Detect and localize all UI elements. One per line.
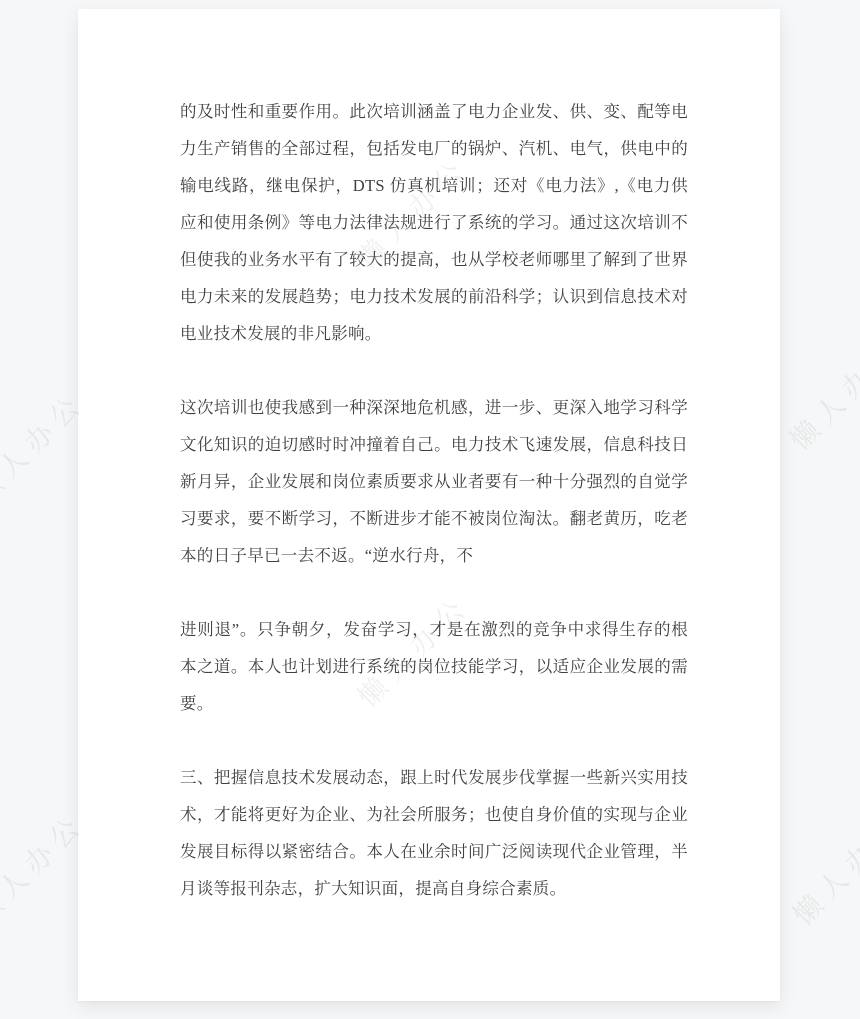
document-content: 的及时性和重要作用。此次培训涵盖了电力企业发、供、变、配等电 力生产销售的全部过…: [78, 9, 780, 907]
text-line: 三、把握信息技术发展动态，跟上时代发展步伐掌握一些新兴实用技: [180, 759, 688, 796]
text-line: 力生产销售的全部过程，包括发电厂的锅炉、汽机、电气，供电中的: [180, 130, 688, 167]
text-line: 输电线路，继电保护，DTS 仿真机培训；还对《电力法》,《电力供: [180, 167, 688, 204]
paragraph-4: 三、把握信息技术发展动态，跟上时代发展步伐掌握一些新兴实用技 术，才能将更好为企…: [180, 759, 688, 907]
paragraph-1: 的及时性和重要作用。此次培训涵盖了电力企业发、供、变、配等电 力生产销售的全部过…: [180, 93, 688, 352]
text-line: 要。: [180, 685, 688, 722]
text-line: 应和使用条例》等电力法律法规进行了系统的学习。通过这次培训不: [180, 204, 688, 241]
text-line: 习要求，要不断学习，不断进步才能不被岗位淘汰。翻老黄历，吃老: [180, 500, 688, 537]
watermark: 懒人办公: [780, 328, 860, 458]
page-background: { "colors": { "canvas_background": "#f6f…: [0, 0, 860, 1019]
text-line: 文化知识的迫切感时时冲撞着自己。电力技术飞速发展，信息科技日: [180, 426, 688, 463]
paragraph-3: 进则退”。只争朝夕，发奋学习，才是在激烈的竞争中求得生存的根 本之道。本人也计划…: [180, 611, 688, 722]
text-line: 电业技术发展的非凡影响。: [180, 315, 688, 352]
text-line: 月谈等报刊杂志，扩大知识面，提高自身综合素质。: [180, 870, 688, 907]
paragraph-2: 这次培训也使我感到一种深深地危机感，进一步、更深入地学习科学 文化知识的迫切感时…: [180, 389, 688, 574]
text-line: 但使我的业务水平有了较大的提高，也从学校老师哪里了解到了世界: [180, 241, 688, 278]
text-line: 术，才能将更好为企业、为社会所服务；也使自身价值的实现与企业: [180, 796, 688, 833]
text-line: 新月异，企业发展和岗位素质要求从业者要有一种十分强烈的自觉学: [180, 463, 688, 500]
document-page: 的及时性和重要作用。此次培训涵盖了电力企业发、供、变、配等电 力生产销售的全部过…: [78, 9, 780, 1001]
text-line: 的及时性和重要作用。此次培训涵盖了电力企业发、供、变、配等电: [180, 93, 688, 130]
text-line: 发展目标得以紧密结合。本人在业余时间广泛阅读现代企业管理，半: [180, 833, 688, 870]
text-line: 本的日子早已一去不返。“逆水行舟，不: [180, 537, 688, 574]
watermark: 懒人办公: [783, 803, 860, 933]
text-line: 本之道。本人也计划进行系统的岗位技能学习，以适应企业发展的需: [180, 648, 688, 685]
text-line: 这次培训也使我感到一种深深地危机感，进一步、更深入地学习科学: [180, 389, 688, 426]
text-line: 进则退”。只争朝夕，发奋学习，才是在激烈的竞争中求得生存的根: [180, 611, 688, 648]
text-line: 电力未来的发展趋势；电力技术发展的前沿科学；认识到信息技术对: [180, 278, 688, 315]
